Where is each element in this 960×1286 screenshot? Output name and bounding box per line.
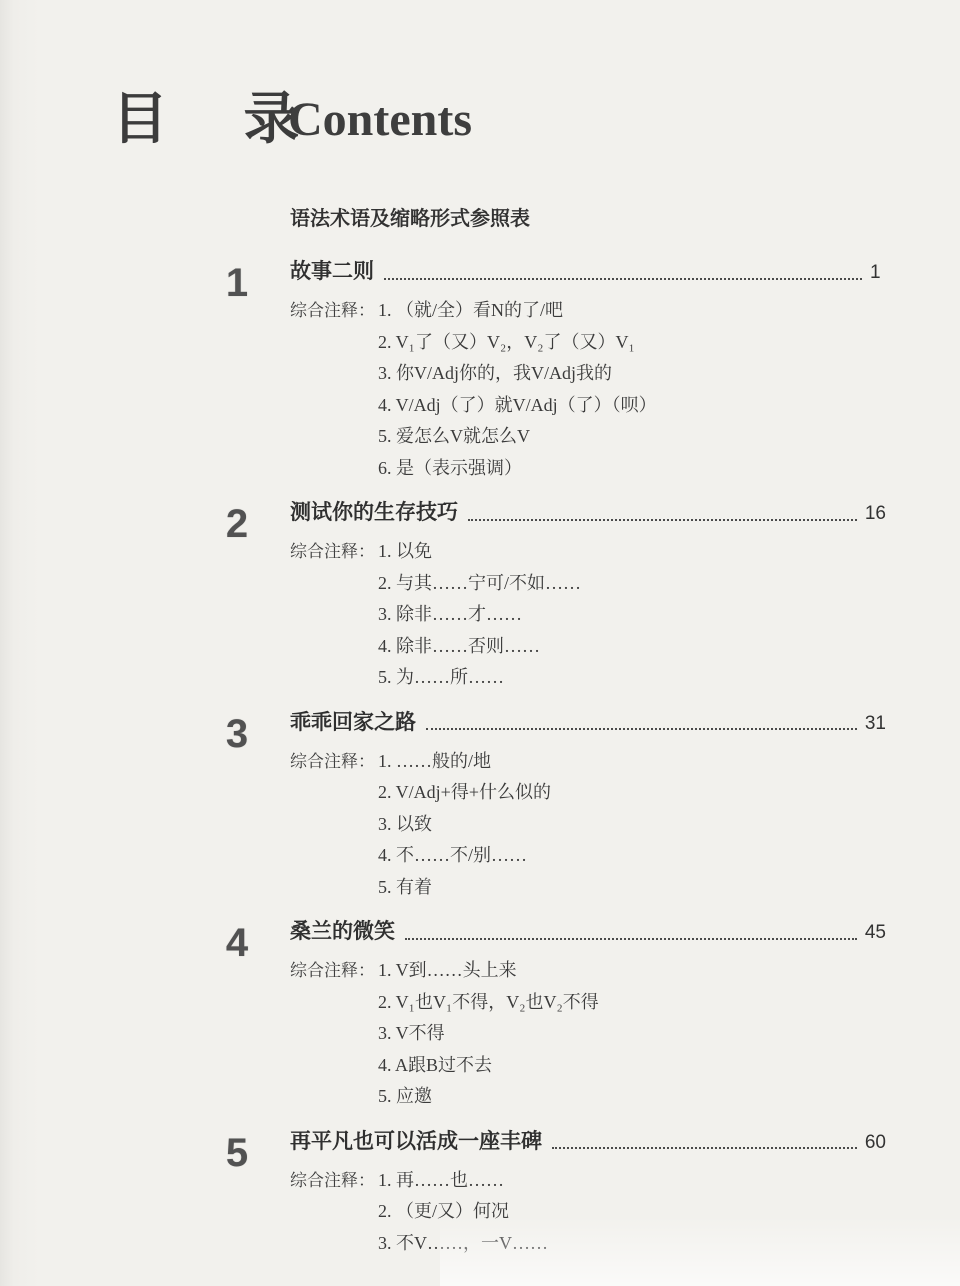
- dotted-leader: [426, 716, 857, 730]
- note-item: 3. 不V……，一V……: [378, 1228, 886, 1260]
- toc-chapter-list: 1 故事二则 1 综合注释： 1. （就/全）看N的了/吧2. V₁了（又）V₂…: [290, 257, 886, 1259]
- toc-chapter: 3 乖乖回家之路 31 综合注释： 1. ……般的/地2. V/Adj+得+什么…: [290, 708, 886, 904]
- note-item: 2. 与其……宁可/不如……: [378, 568, 886, 600]
- notes-label: 综合注释：: [290, 955, 378, 986]
- chapter-notes: 综合注释： 1. 再……也……2. （更/又）何况3. 不V……，一V……: [290, 1165, 886, 1260]
- chapter-number: 4: [214, 921, 260, 965]
- chapter-number: 3: [214, 712, 260, 756]
- note-item: 1. 以免: [378, 536, 886, 568]
- notes-items: 1. ……般的/地2. V/Adj+得+什么似的3. 以致4. 不……不/别………: [378, 746, 886, 904]
- notes-label: 综合注释：: [290, 746, 378, 777]
- chapter-notes: 综合注释： 1. （就/全）看N的了/吧2. V₁了（又）V₂，V₂了（又）V₁…: [290, 295, 886, 484]
- note-item: 2. V₁了（又）V₂，V₂了（又）V₁: [378, 327, 886, 359]
- chapter-title-row: 再平凡也可以活成一座丰碑 60: [290, 1127, 886, 1158]
- note-item: 2. V₁也V₁不得，V₂也V₂不得: [378, 987, 886, 1019]
- chapter-number: 1: [214, 261, 260, 305]
- note-item: 2. （更/又）何况: [378, 1196, 886, 1228]
- note-item: 3. V不得: [378, 1018, 886, 1050]
- toc-chapter: 5 再平凡也可以活成一座丰碑 60 综合注释： 1. 再……也……2. （更/又…: [290, 1127, 886, 1260]
- notes-label: 综合注释：: [290, 536, 378, 567]
- notes-label: 综合注释：: [290, 1165, 378, 1196]
- chapter-title-row: 测试你的生存技巧 16: [290, 498, 886, 529]
- note-item: 5. 应邀: [378, 1081, 886, 1113]
- chapter-title: 再平凡也可以活成一座丰碑: [290, 1127, 542, 1157]
- dotted-leader: [384, 266, 862, 280]
- notes-items: 1. 以免2. 与其……宁可/不如……3. 除非……才……4. 除非……否则………: [378, 536, 886, 694]
- toc-chapter: 4 桑兰的微笑 45 综合注释： 1. V到……头上来2. V₁也V₁不得，V₂…: [290, 917, 886, 1113]
- note-item: 3. 以致: [378, 809, 886, 841]
- dotted-leader: [468, 507, 857, 521]
- toc-content: 语法术语及缩略形式参照表 1 故事二则 1 综合注释： 1. （就/全）看N的了…: [290, 205, 886, 1273]
- note-item: 4. 不……不/别……: [378, 840, 886, 872]
- page-title-english: Contents: [288, 92, 472, 148]
- notes-items: 1. V到……头上来2. V₁也V₁不得，V₂也V₂不得3. V不得4. A跟B…: [378, 955, 886, 1113]
- chapter-title: 测试你的生存技巧: [290, 498, 458, 528]
- note-item: 1. ……般的/地: [378, 746, 886, 778]
- notes-label: 综合注释：: [290, 295, 378, 326]
- note-item: 3. 除非……才……: [378, 599, 886, 631]
- chapter-title: 桑兰的微笑: [290, 917, 395, 947]
- dotted-leader: [405, 926, 857, 940]
- note-item: 4. 除非……否则……: [378, 631, 886, 663]
- chapter-page-number: 45: [865, 918, 886, 948]
- dotted-leader: [552, 1135, 857, 1149]
- toc-chapter: 2 测试你的生存技巧 16 综合注释： 1. 以免2. 与其……宁可/不如……3…: [290, 498, 886, 694]
- chapter-notes: 综合注释： 1. V到……头上来2. V₁也V₁不得，V₂也V₂不得3. V不得…: [290, 955, 886, 1113]
- note-item: 1. 再……也……: [378, 1165, 886, 1197]
- toc-page: 目 录 Contents 语法术语及缩略形式参照表 1 故事二则 1 综合注释：…: [0, 0, 960, 1286]
- chapter-number: 5: [214, 1131, 260, 1175]
- chapter-page-number: 16: [865, 499, 886, 529]
- notes-items: 1. （就/全）看N的了/吧2. V₁了（又）V₂，V₂了（又）V₁3. 你V/…: [378, 295, 886, 484]
- note-item: 5. 有着: [378, 872, 886, 904]
- note-item: 6. 是（表示强调）: [378, 453, 886, 485]
- note-item: 1. V到……头上来: [378, 955, 886, 987]
- note-item: 3. 你V/Adj你的，我V/Adj我的: [378, 358, 886, 390]
- chapter-number: 2: [214, 502, 260, 546]
- note-item: 4. A跟B过不去: [378, 1050, 886, 1082]
- notes-items: 1. 再……也……2. （更/又）何况3. 不V……，一V……: [378, 1165, 886, 1260]
- note-item: 4. V/Adj（了）就V/Adj（了）（呗）: [378, 390, 886, 422]
- grammar-reference-line: 语法术语及缩略形式参照表: [290, 205, 886, 233]
- chapter-title-row: 乖乖回家之路 31: [290, 708, 886, 739]
- chapter-title: 乖乖回家之路: [290, 708, 416, 738]
- chapter-page-number: 60: [865, 1128, 886, 1158]
- note-item: 5. 爱怎么V就怎么V: [378, 421, 886, 453]
- toc-chapter: 1 故事二则 1 综合注释： 1. （就/全）看N的了/吧2. V₁了（又）V₂…: [290, 257, 886, 484]
- chapter-page-number: 31: [865, 709, 886, 739]
- chapter-title-row: 故事二则 1: [290, 257, 886, 288]
- note-item: 1. （就/全）看N的了/吧: [378, 295, 886, 327]
- chapter-title: 故事二则: [290, 257, 374, 287]
- note-item: 2. V/Adj+得+什么似的: [378, 777, 886, 809]
- chapter-notes: 综合注释： 1. 以免2. 与其……宁可/不如……3. 除非……才……4. 除非…: [290, 536, 886, 694]
- chapter-notes: 综合注释： 1. ……般的/地2. V/Adj+得+什么似的3. 以致4. 不……: [290, 746, 886, 904]
- chapter-page-number: 1: [870, 258, 886, 288]
- note-item: 5. 为……所……: [378, 662, 886, 694]
- chapter-title-row: 桑兰的微笑 45: [290, 917, 886, 948]
